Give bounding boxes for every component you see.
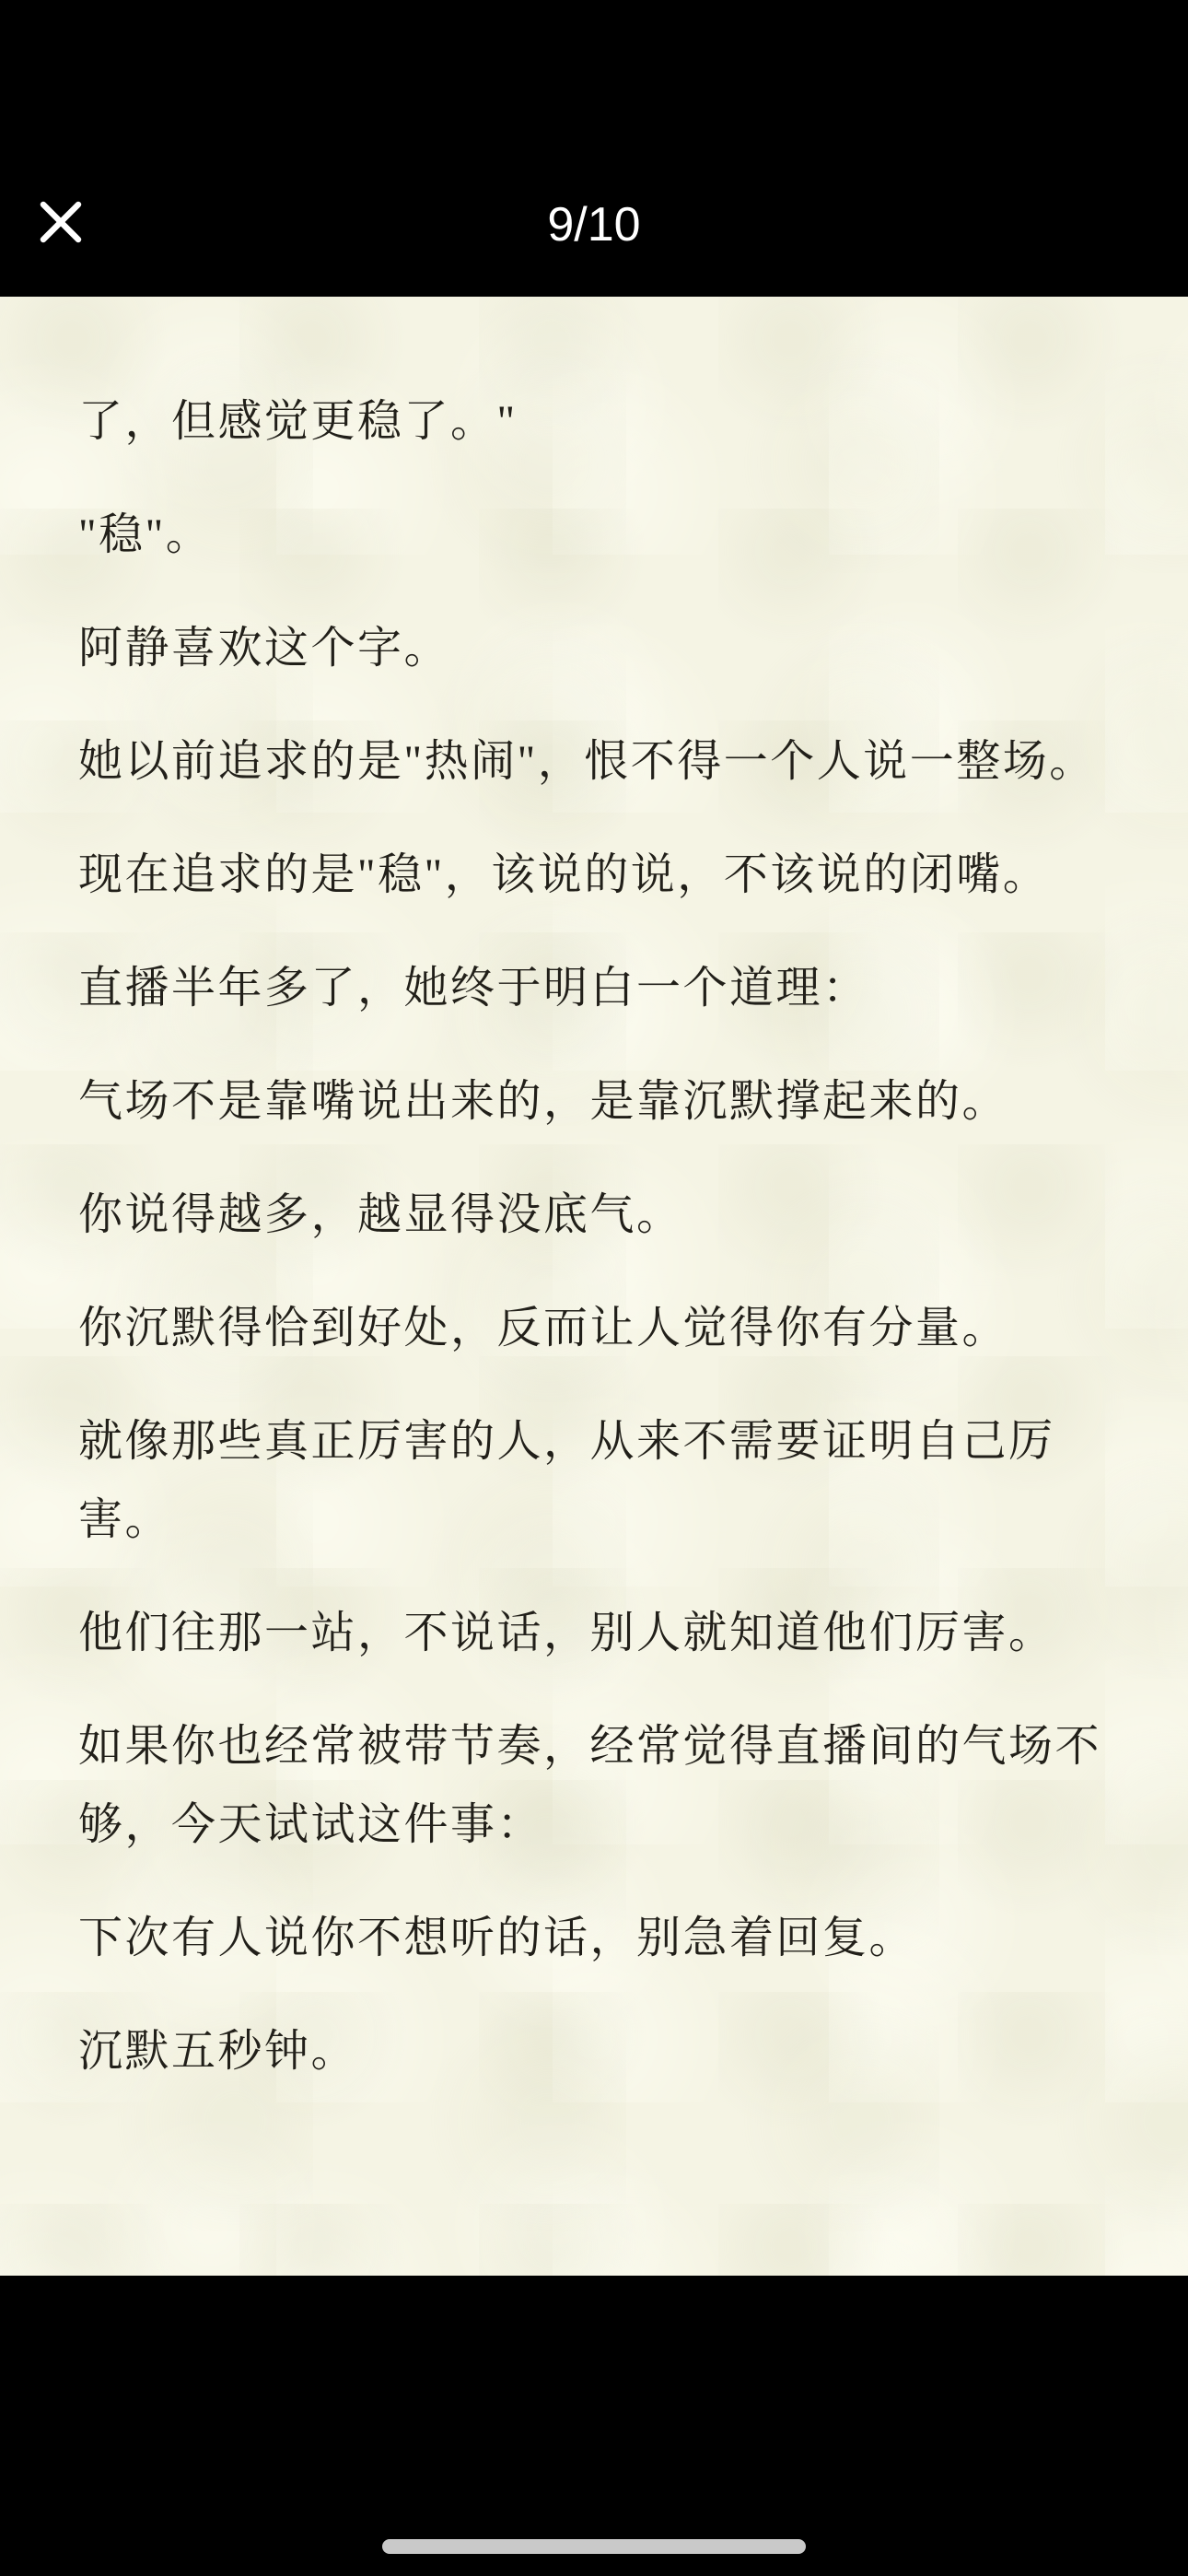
- paragraph: 了，但感觉更稳了。": [78, 382, 1110, 461]
- page-indicator: 9/10: [0, 199, 1188, 251]
- paragraph: "稳"。: [78, 496, 1110, 574]
- reader-header: 9/10: [0, 0, 1188, 297]
- paragraph: 阿静喜欢这个字。: [78, 609, 1110, 687]
- paragraph: 你说得越多，越显得没底气。: [78, 1176, 1110, 1254]
- home-indicator[interactable]: [382, 2539, 806, 2554]
- bottom-bar: [0, 2276, 1188, 2576]
- reader-screen: 9/10 了，但感觉更稳了。" "稳"。 阿静喜欢这个字。 她以前追求的是"热闹…: [0, 0, 1188, 2576]
- paragraph: 如果你也经常被带节奏，经常觉得直播间的气场不 够，今天试试这件事：: [78, 1707, 1110, 1864]
- paragraph: 沉默五秒钟。: [78, 2012, 1110, 2090]
- paragraph: 直播半年多了，她终于明白一个道理：: [78, 949, 1110, 1027]
- paragraph: 他们往那一站，不说话，别人就知道他们厉害。: [78, 1594, 1110, 1672]
- page-content[interactable]: 了，但感觉更稳了。" "稳"。 阿静喜欢这个字。 她以前追求的是"热闹"，恨不得…: [0, 297, 1188, 2276]
- paragraph: 现在追求的是"稳"，该说的说，不该说的闭嘴。: [78, 836, 1110, 914]
- paragraph: 气场不是靠嘴说出来的，是靠沉默撑起来的。: [78, 1062, 1110, 1141]
- paragraph: 你沉默得恰到好处，反而让人觉得你有分量。: [78, 1289, 1110, 1367]
- paragraph: 就像那些真正厉害的人，从来不需要证明自己厉 害。: [78, 1402, 1110, 1559]
- paragraph: 下次有人说你不想听的话，别急着回复。: [78, 1899, 1110, 1977]
- paragraph: 她以前追求的是"热闹"，恨不得一个人说一整场。: [78, 722, 1110, 801]
